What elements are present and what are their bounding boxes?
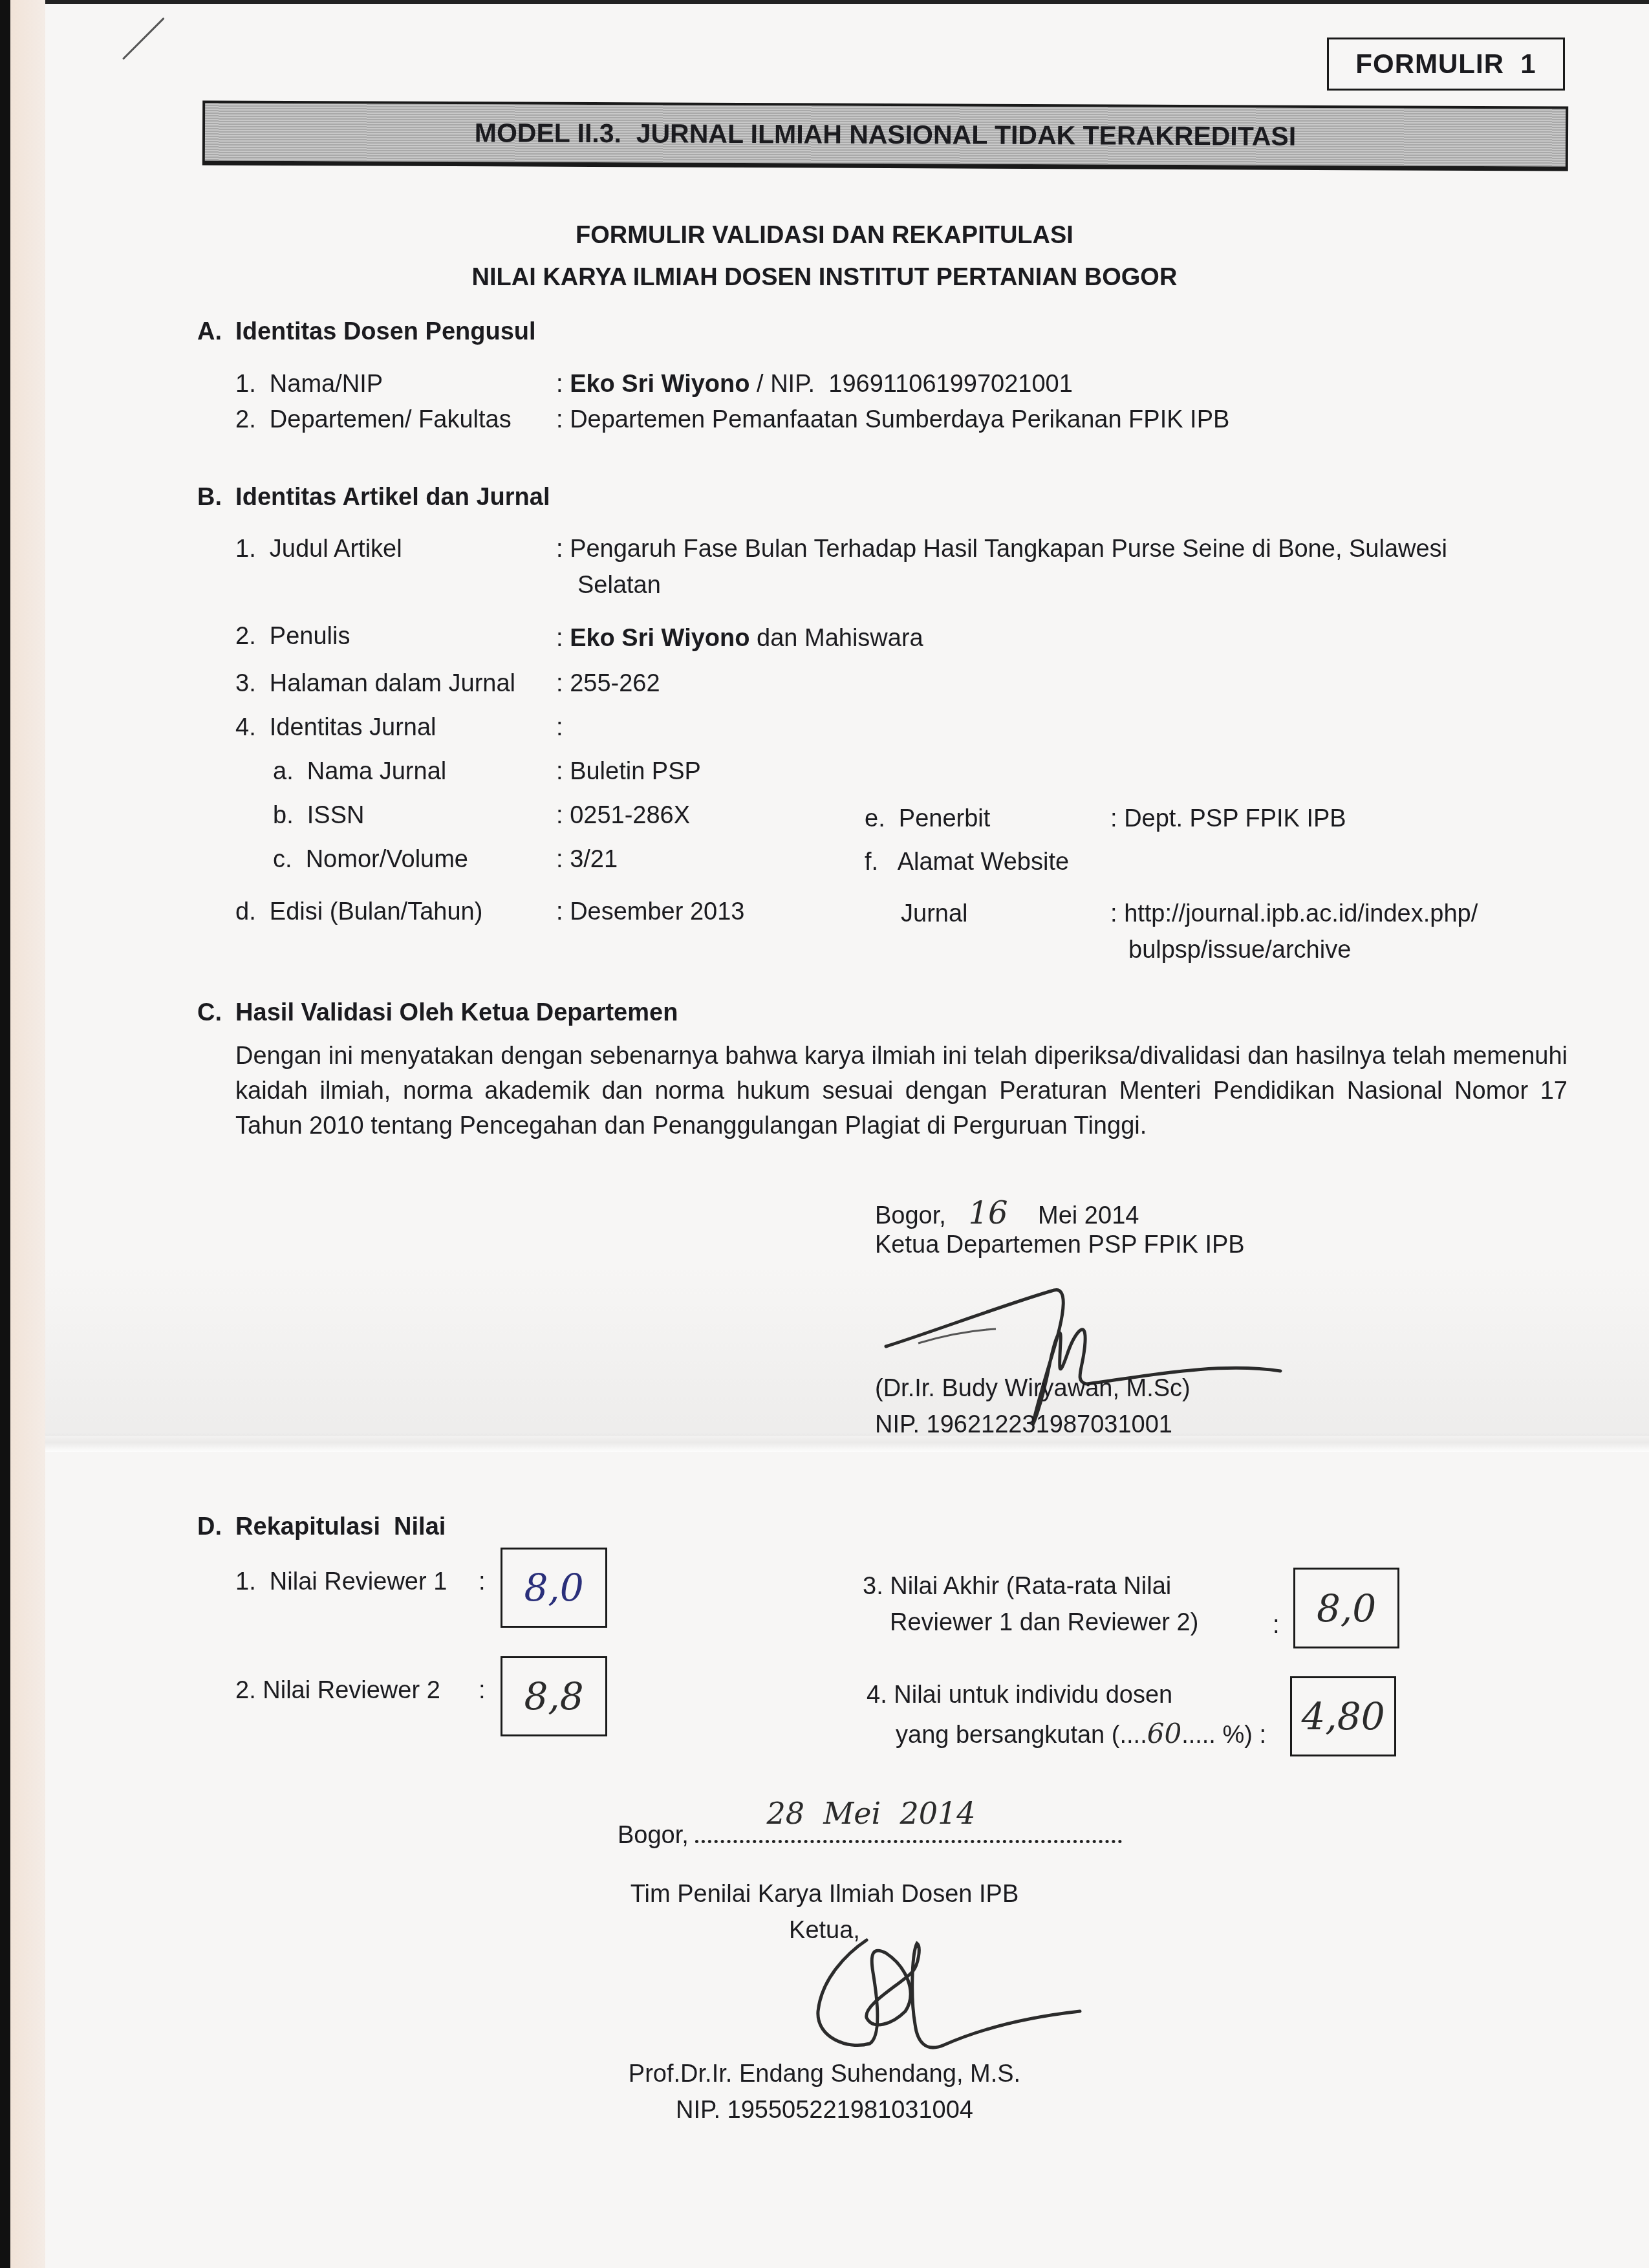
identitas-jurnal-colon: :	[556, 714, 563, 742]
website-link-line1[interactable]: http://journal.ipb.ac.id/index.php/	[1124, 900, 1478, 927]
website-label-jurnal: Jurnal	[901, 900, 968, 928]
penulis-label: 2. Penulis	[235, 623, 350, 651]
judul-label: 1. Judul Artikel	[235, 535, 402, 563]
issn-value: : 0251-286X	[556, 802, 690, 830]
reviewer2-colon: :	[479, 1677, 486, 1705]
validator-name: (Dr.Ir. Budy Wiryawan, M.Sc)	[875, 1375, 1191, 1403]
paper-fold-line	[45, 1432, 1649, 1452]
nilai-individu-score: 4,80	[1301, 1694, 1385, 1738]
issn-label: b. ISSN	[273, 802, 365, 830]
edisi-label: d. Edisi (Bulan/Tahun)	[235, 898, 482, 926]
departemen-text: Departemen Pemanfaatan Sumberdaya Perika…	[570, 406, 1229, 433]
nilai-individu-label-line2: yang bersangkutan (....60..... %) :	[896, 1718, 1266, 1749]
scan-border-top	[0, 0, 1649, 4]
penerbit-value: : Dept. PSP FPIK IPB	[1110, 805, 1346, 833]
model-banner-text: MODEL II.3. JURNAL ILMIAH NASIONAL TIDAK…	[475, 118, 1297, 152]
validator-signature	[879, 1284, 1293, 1432]
nilai-akhir-label-line2: Reviewer 1 dan Reviewer 2)	[890, 1609, 1198, 1637]
validator-role: Ketua Departemen PSP FPIK IPB	[875, 1231, 1245, 1259]
individu-suffix: %) :	[1216, 1722, 1266, 1749]
validation-day-handwritten: 16	[968, 1195, 1008, 1231]
footer-date-handwritten: 28 Mei 2014	[766, 1796, 975, 1831]
penulis-rest: dan Mahiswara	[749, 625, 923, 652]
document-title-line1: FORMULIR VALIDASI DAN REKAPITULASI	[0, 222, 1649, 250]
individu-percent-handwritten[interactable]: 60	[1147, 1718, 1181, 1749]
departemen-label: 2. Departemen/ Fakultas	[235, 406, 512, 434]
halaman-value: : 255-262	[556, 670, 660, 698]
footer-place: Bogor,	[618, 1822, 689, 1849]
nilai-akhir-label-line1: 3. Nilai Akhir (Rata-rata Nilai	[863, 1573, 1171, 1601]
website-link-line2[interactable]: bulpsp/issue/archive	[1128, 936, 1351, 964]
dosen-name: Eko Sri Wiyono	[570, 371, 749, 398]
nilai-akhir-colon: :	[1273, 1612, 1280, 1639]
pen-stroke-mark	[122, 17, 165, 60]
validation-date: Bogor, 16 Mei 2014	[875, 1195, 1139, 1231]
departemen-value: : Departemen Pemanfaatan Sumberdaya Peri…	[556, 406, 1229, 434]
nama-nip-value: : Eko Sri Wiyono / NIP. 1969110619970210…	[556, 371, 1073, 398]
form-number-label: FORMULIR 1	[1327, 38, 1565, 91]
reviewer1-score-box[interactable]: 8,0	[501, 1548, 607, 1628]
judul-text-line1: Pengaruh Fase Bulan Terhadap Hasil Tangk…	[570, 535, 1447, 563]
validation-place: Bogor,	[875, 1202, 946, 1229]
chair-signature	[808, 1934, 1106, 2057]
dosen-nip: / NIP. 196911061997021001	[749, 371, 1072, 398]
nilai-akhir-score-box[interactable]: 8,0	[1293, 1568, 1399, 1648]
nama-nip-label: 1. Nama/NIP	[235, 371, 383, 398]
scan-shadow	[45, 1261, 1649, 1436]
form-number-text: FORMULIR 1	[1355, 49, 1536, 80]
nama-jurnal-text: Buletin PSP	[570, 758, 701, 785]
model-banner: MODEL II.3. JURNAL ILMIAH NASIONAL TIDAK…	[202, 100, 1568, 171]
penulis-bold: Eko Sri Wiyono	[570, 625, 749, 652]
penulis-value: : Eko Sri Wiyono dan Mahiswara	[556, 625, 923, 653]
section-b-heading: B. Identitas Artikel dan Jurnal	[197, 484, 550, 512]
nilai-individu-label-line1: 4. Nilai untuk individu dosen	[867, 1681, 1172, 1709]
website-value[interactable]: : http://journal.ipb.ac.id/index.php/	[1110, 900, 1478, 928]
reviewer1-score: 8,0	[524, 1566, 583, 1610]
nomor-volume-value: : 3/21	[556, 846, 618, 874]
judul-text-line2: Selatan	[577, 572, 661, 599]
identitas-jurnal-label: 4. Identitas Jurnal	[235, 714, 436, 742]
validation-statement: Dengan ini menyatakan dengan sebenarnya …	[235, 1039, 1568, 1143]
section-c-heading: C. Hasil Validasi Oleh Ketua Departemen	[197, 999, 678, 1027]
penerbit-text: Dept. PSP FPIK IPB	[1124, 805, 1346, 832]
edisi-value: : Desember 2013	[556, 898, 745, 926]
edisi-text: Desember 2013	[570, 898, 744, 925]
nilai-individu-score-box[interactable]: 4,80	[1290, 1676, 1396, 1756]
reviewer2-score: 8,8	[524, 1674, 583, 1718]
halaman-label: 3. Halaman dalam Jurnal	[235, 670, 515, 698]
footer-date: Bogor, 28 Mei 2014	[618, 1820, 1122, 1850]
section-a-heading: A. Identitas Dosen Pengusul	[197, 318, 536, 346]
section-d-heading: D. Rekapitulasi Nilai	[197, 1513, 446, 1541]
judul-value: : Pengaruh Fase Bulan Terhadap Hasil Tan…	[556, 535, 1447, 563]
website-label: f. Alamat Website	[865, 848, 1069, 876]
chair-nip: NIP. 195505221981031004	[0, 2097, 1649, 2124]
nomor-volume-text: 3/21	[570, 846, 618, 873]
validator-nip: NIP. 196212231987031001	[875, 1411, 1172, 1439]
reviewer2-score-box[interactable]: 8,8	[501, 1656, 607, 1736]
footer-date-field[interactable]: 28 Mei 2014	[695, 1820, 1122, 1843]
reviewer2-label: 2. Nilai Reviewer 2	[235, 1677, 440, 1705]
team-name: Tim Penilai Karya Ilmiah Dosen IPB	[0, 1881, 1649, 1908]
nomor-volume-label: c. Nomor/Volume	[273, 846, 468, 874]
nama-jurnal-label: a. Nama Jurnal	[273, 758, 446, 786]
document-title-line2: NILAI KARYA ILMIAH DOSEN INSTITUT PERTAN…	[0, 264, 1649, 292]
penerbit-label: e. Penerbit	[865, 805, 990, 833]
halaman-text: 255-262	[570, 670, 660, 697]
reviewer1-colon: :	[479, 1568, 486, 1596]
validation-month-year: Mei 2014	[1038, 1202, 1139, 1229]
nilai-akhir-score: 8,0	[1317, 1586, 1376, 1630]
reviewer1-label: 1. Nilai Reviewer 1	[235, 1568, 447, 1596]
chair-name: Prof.Dr.Ir. Endang Suhendang, M.S.	[0, 2060, 1649, 2088]
individu-prefix: yang bersangkutan (	[896, 1722, 1119, 1749]
nama-jurnal-value: : Buletin PSP	[556, 758, 701, 786]
issn-text: 0251-286X	[570, 802, 690, 829]
